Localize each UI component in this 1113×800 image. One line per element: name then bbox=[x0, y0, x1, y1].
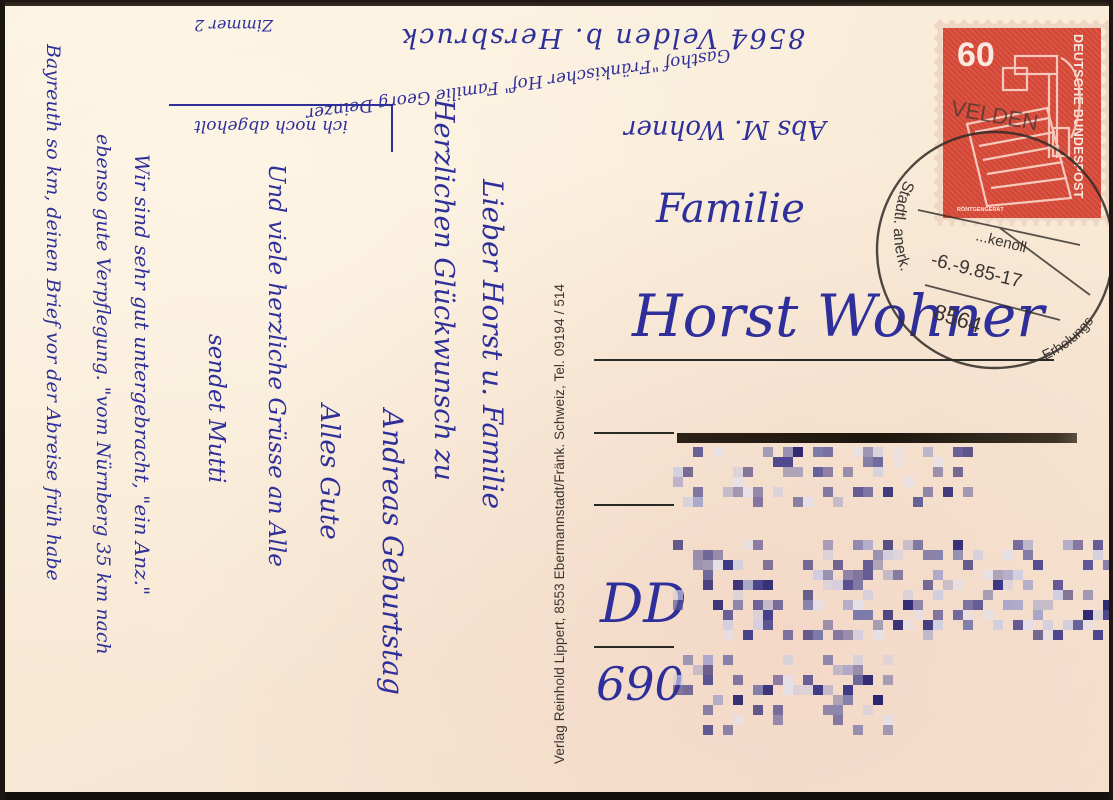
redaction-pixel bbox=[793, 467, 803, 477]
redaction-pixel bbox=[823, 655, 833, 665]
redaction-pixel bbox=[773, 457, 783, 467]
redaction-pixel bbox=[763, 560, 773, 570]
redaction-pixel bbox=[863, 675, 873, 685]
redaction-pixel bbox=[833, 695, 843, 705]
postcard-back: Verlag Reinhold Lippert, 8553 Ebermannst… bbox=[4, 4, 1110, 794]
redaction-pixel bbox=[1073, 620, 1083, 630]
redaction-pixel bbox=[703, 580, 713, 590]
redaction-pixel bbox=[853, 725, 863, 735]
redaction-pixel bbox=[733, 715, 743, 725]
redaction-pixel bbox=[803, 590, 813, 600]
message-line-4: Alles Gute bbox=[314, 404, 344, 540]
redaction-pixel bbox=[893, 570, 903, 580]
redaction-pixel bbox=[813, 685, 823, 695]
address-line-3 bbox=[594, 504, 674, 506]
redaction-pixel bbox=[803, 685, 813, 695]
redaction-pixel bbox=[873, 550, 883, 560]
redaction-pixel bbox=[723, 630, 733, 640]
redaction-pixel bbox=[963, 447, 973, 457]
redaction-pixel bbox=[703, 675, 713, 685]
redaction-pixel bbox=[923, 550, 933, 560]
redaction-pixel bbox=[763, 620, 773, 630]
redaction-pixel bbox=[743, 467, 753, 477]
redaction-pixel bbox=[913, 600, 923, 610]
redaction-bar bbox=[677, 433, 1077, 443]
redaction-pixel bbox=[713, 550, 723, 560]
redaction-pixel bbox=[873, 457, 883, 467]
redaction-pixel bbox=[863, 560, 873, 570]
redaction-pixel bbox=[933, 467, 943, 477]
redaction-pixel bbox=[823, 550, 833, 560]
redaction-pixel bbox=[923, 447, 933, 457]
redaction-pixel bbox=[993, 570, 1003, 580]
redaction-pixel bbox=[673, 467, 683, 477]
redaction-pixel bbox=[673, 675, 683, 685]
redaction-pixel bbox=[693, 447, 703, 457]
redaction-pixel bbox=[1033, 600, 1043, 610]
redaction-pixel bbox=[903, 600, 913, 610]
sender-line-3: 8564 Velden b. Hersbruck bbox=[399, 22, 805, 53]
redaction-pixel bbox=[863, 540, 873, 550]
redaction-pixel bbox=[723, 610, 733, 620]
redaction-pixel bbox=[783, 685, 793, 695]
redaction-pixel bbox=[833, 630, 843, 640]
redaction-pixel bbox=[1043, 630, 1053, 640]
redaction-pixel bbox=[953, 610, 963, 620]
scan-edge-top bbox=[0, 0, 1113, 6]
redaction-pixel bbox=[883, 550, 893, 560]
redaction-pixel bbox=[853, 630, 863, 640]
redaction-pixel bbox=[723, 655, 733, 665]
redaction-pixel bbox=[733, 487, 743, 497]
recipient-line-1: Familie bbox=[656, 186, 805, 232]
redaction-pixel bbox=[853, 580, 863, 590]
redaction-pixel bbox=[723, 620, 733, 630]
redaction-pixel bbox=[733, 695, 743, 705]
redaction-pixel bbox=[863, 705, 873, 715]
redaction-pixel bbox=[983, 610, 993, 620]
redaction-pixel bbox=[823, 580, 833, 590]
address-line-1 bbox=[594, 359, 1054, 361]
redaction-pixel bbox=[733, 560, 743, 570]
xray-machine-icon bbox=[943, 28, 1101, 218]
message-line-9: Bayreuth so km, deinen Brief vor der Abr… bbox=[42, 44, 64, 581]
redaction-pixel bbox=[893, 620, 903, 630]
redaction-pixel bbox=[783, 467, 793, 477]
redaction-pixel bbox=[673, 600, 683, 610]
redaction-pixel bbox=[793, 447, 803, 457]
redaction-pixel bbox=[763, 600, 773, 610]
boxed-note: ich noch abgeholt bbox=[194, 116, 348, 136]
redaction-pixel bbox=[823, 447, 833, 457]
redaction-pixel bbox=[883, 675, 893, 685]
redaction-pixel bbox=[833, 497, 843, 507]
redaction-pixel bbox=[853, 570, 863, 580]
redaction-pixel bbox=[973, 600, 983, 610]
redaction-pixel bbox=[743, 487, 753, 497]
redaction-pixel bbox=[1043, 600, 1053, 610]
redaction-pixel bbox=[823, 685, 833, 695]
redaction-pixel bbox=[703, 655, 713, 665]
redaction-pixel bbox=[863, 487, 873, 497]
redaction-pixel bbox=[913, 497, 923, 507]
redaction-pixel bbox=[1033, 560, 1043, 570]
redaction-pixel bbox=[1023, 550, 1033, 560]
redaction-pixel bbox=[963, 600, 973, 610]
redaction-pixel bbox=[1023, 620, 1033, 630]
redaction-pixel bbox=[923, 580, 933, 590]
redaction-pixel bbox=[1053, 630, 1063, 640]
redaction-pixel bbox=[813, 600, 823, 610]
redaction-pixel bbox=[753, 705, 763, 715]
redaction-pixel bbox=[783, 457, 793, 467]
redaction-pixel bbox=[733, 590, 743, 600]
redaction-pixel bbox=[753, 580, 763, 590]
redaction-pixel bbox=[833, 715, 843, 725]
scan-edge-right bbox=[1109, 0, 1113, 800]
redaction-pixel bbox=[853, 655, 863, 665]
redaction-pixel bbox=[1003, 600, 1013, 610]
redaction-pixel bbox=[823, 540, 833, 550]
redaction-pixel bbox=[903, 590, 913, 600]
redaction-pixel bbox=[1023, 540, 1033, 550]
redaction-pixel bbox=[693, 497, 703, 507]
redaction-pixel bbox=[943, 487, 953, 497]
redaction-pixel bbox=[913, 610, 923, 620]
redaction-pixel bbox=[683, 655, 693, 665]
redaction-pixel bbox=[783, 655, 793, 665]
redaction-pixel bbox=[833, 705, 843, 715]
redaction-pixel bbox=[883, 540, 893, 550]
redaction-pixel bbox=[683, 467, 693, 477]
redaction-pixel bbox=[873, 620, 883, 630]
redaction-pixel bbox=[693, 665, 703, 675]
address-line-4 bbox=[594, 646, 674, 648]
redaction-pixel bbox=[753, 685, 763, 695]
redaction-pixel bbox=[933, 457, 943, 467]
redaction-pixel bbox=[913, 540, 923, 550]
redaction-pixel bbox=[993, 620, 1003, 630]
redaction-pixel bbox=[753, 540, 763, 550]
redaction-pixel bbox=[873, 467, 883, 477]
redaction-pixel bbox=[1013, 540, 1023, 550]
redaction-pixel bbox=[813, 630, 823, 640]
redaction-pixel bbox=[703, 665, 713, 675]
redaction-pixel bbox=[753, 610, 763, 620]
redaction-pixel bbox=[933, 610, 943, 620]
scan-edge-left bbox=[0, 0, 5, 800]
redaction-pixel bbox=[843, 665, 853, 675]
redaction-pixel bbox=[843, 580, 853, 590]
redaction-pixel bbox=[883, 610, 893, 620]
redaction-pixel bbox=[1023, 580, 1033, 590]
redaction-pixel bbox=[893, 457, 903, 467]
redaction-pixel bbox=[863, 447, 873, 457]
redaction-pixel bbox=[733, 477, 743, 487]
redaction-pixel bbox=[943, 580, 953, 590]
redaction-pixel bbox=[933, 620, 943, 630]
redaction-pixel bbox=[773, 675, 783, 685]
redaction-pixel bbox=[723, 725, 733, 735]
redaction-pixel bbox=[923, 620, 933, 630]
redaction-pixel bbox=[703, 725, 713, 735]
redaction-pixel bbox=[1083, 590, 1093, 600]
redaction-pixel bbox=[823, 487, 833, 497]
redaction-pixel bbox=[713, 695, 723, 705]
redaction-pixel bbox=[903, 620, 913, 630]
redaction-pixel bbox=[1093, 610, 1103, 620]
redaction-pixel bbox=[693, 560, 703, 570]
redaction-pixel bbox=[673, 540, 683, 550]
redaction-pixel bbox=[763, 685, 773, 695]
redaction-pixel bbox=[723, 560, 733, 570]
redaction-pixel bbox=[853, 665, 863, 675]
redaction-pixel bbox=[863, 570, 873, 580]
message-line-2: Herzlichen Glückwunsch zu bbox=[428, 99, 459, 481]
redaction-pixel bbox=[753, 620, 763, 630]
redaction-pixel bbox=[953, 540, 963, 550]
redaction-pixel bbox=[923, 630, 933, 640]
redaction-pixel bbox=[1083, 610, 1093, 620]
redaction-pixel bbox=[763, 610, 773, 620]
redaction-pixel bbox=[933, 570, 943, 580]
address-line-2 bbox=[594, 432, 674, 434]
redaction-pixel bbox=[923, 487, 933, 497]
redaction-pixel bbox=[753, 487, 763, 497]
redaction-pixel bbox=[773, 600, 783, 610]
redaction-pixel bbox=[823, 570, 833, 580]
redaction-pixel bbox=[903, 540, 913, 550]
redaction-pixel bbox=[1093, 550, 1103, 560]
postage-stamp: 60 DEUTSCHE BUNDESPOST R bbox=[934, 20, 1110, 226]
redaction-pixel bbox=[803, 497, 813, 507]
redaction-pixel bbox=[673, 590, 683, 600]
redaction-pixel bbox=[1033, 630, 1043, 640]
redaction-pixel bbox=[853, 675, 863, 685]
redaction-pixel bbox=[1013, 600, 1023, 610]
redaction-pixel bbox=[1053, 590, 1063, 600]
redaction-pixel bbox=[1033, 610, 1043, 620]
redaction-pixel bbox=[723, 487, 733, 497]
redaction-pixel bbox=[853, 540, 863, 550]
redaction-pixel bbox=[713, 560, 723, 570]
redaction-pixel bbox=[843, 570, 853, 580]
redaction-pixel bbox=[823, 705, 833, 715]
redaction-pixel bbox=[843, 600, 853, 610]
redaction-pixel bbox=[743, 630, 753, 640]
redaction-pixel bbox=[883, 655, 893, 665]
message-line-3: Andreas Geburtstag bbox=[376, 409, 409, 695]
redaction-pixel bbox=[863, 610, 873, 620]
redaction-pixel bbox=[953, 580, 963, 590]
redaction-pixel bbox=[993, 580, 1003, 590]
redaction-pixel bbox=[803, 630, 813, 640]
redaction-pixel bbox=[753, 600, 763, 610]
message-line-1: Lieber Horst u. Familie bbox=[476, 179, 509, 509]
redaction-pixel bbox=[963, 487, 973, 497]
recipient-line-4: 690 bbox=[596, 657, 684, 711]
redaction-pixel bbox=[813, 447, 823, 457]
redaction-pixel bbox=[1063, 620, 1073, 630]
redaction-pixel bbox=[713, 600, 723, 610]
redaction-pixel bbox=[1083, 620, 1093, 630]
redaction-pixel bbox=[1093, 540, 1103, 550]
redaction-pixel bbox=[833, 580, 843, 590]
redaction-pixel bbox=[763, 580, 773, 590]
redaction-pixel bbox=[773, 715, 783, 725]
scan-edge-bottom bbox=[0, 792, 1113, 800]
redaction-pixel bbox=[1043, 620, 1053, 630]
redaction-pixel bbox=[893, 447, 903, 457]
redaction-pixel bbox=[803, 600, 813, 610]
redaction-pixel bbox=[1003, 570, 1013, 580]
redaction-pixel bbox=[893, 550, 903, 560]
redaction-pixel bbox=[733, 580, 743, 590]
redaction-pixel bbox=[1093, 630, 1103, 640]
redaction-pixel bbox=[793, 497, 803, 507]
redaction-pixel bbox=[703, 550, 713, 560]
redaction-pixel bbox=[673, 477, 683, 487]
redaction-pixel bbox=[883, 570, 893, 580]
redaction-pixel bbox=[873, 630, 883, 640]
redaction-pixel bbox=[733, 600, 743, 610]
redaction-pixel bbox=[1073, 540, 1083, 550]
redaction-pixel bbox=[1053, 580, 1063, 590]
redaction-pixel bbox=[883, 715, 893, 725]
redaction-pixel bbox=[683, 497, 693, 507]
redaction-pixel bbox=[983, 570, 993, 580]
redaction-pixel bbox=[843, 695, 853, 705]
redaction-pixel bbox=[703, 705, 713, 715]
redaction-pixel bbox=[883, 487, 893, 497]
stamp-caption: RÖNTGENGERÄT bbox=[957, 207, 1004, 213]
sender-line-4: Zimmer 2 bbox=[194, 16, 273, 35]
redaction-pixel bbox=[693, 550, 703, 560]
redaction-pixel bbox=[783, 675, 793, 685]
redaction-pixel bbox=[1063, 540, 1073, 550]
redaction-pixel bbox=[823, 467, 833, 477]
redaction-pixel bbox=[733, 467, 743, 477]
redaction-pixel bbox=[963, 560, 973, 570]
redaction-pixel bbox=[953, 467, 963, 477]
redaction-pixel bbox=[743, 580, 753, 590]
redaction-pixel bbox=[863, 457, 873, 467]
redaction-pixel bbox=[713, 447, 723, 457]
redaction-pixel bbox=[953, 447, 963, 457]
redaction-pixel bbox=[793, 685, 803, 695]
publisher-imprint: Verlag Reinhold Lippert, 8553 Ebermannst… bbox=[552, 284, 567, 764]
redaction-pixel bbox=[1003, 580, 1013, 590]
redaction-pixel bbox=[833, 560, 843, 570]
redaction-pixel bbox=[783, 630, 793, 640]
redaction-pixel bbox=[853, 487, 863, 497]
redaction-pixel bbox=[813, 570, 823, 580]
redaction-pixel bbox=[983, 590, 993, 600]
redaction-pixel bbox=[853, 600, 863, 610]
redaction-pixel bbox=[973, 550, 983, 560]
redaction-pixel bbox=[963, 620, 973, 630]
redaction-pixel bbox=[1063, 590, 1073, 600]
recipient-line-2: Horst Wohner bbox=[632, 282, 1044, 350]
redaction-pixel bbox=[1013, 570, 1023, 580]
redaction-pixel bbox=[753, 497, 763, 507]
redaction-pixel bbox=[883, 725, 893, 735]
redaction-pixel bbox=[693, 487, 703, 497]
redaction-pixel bbox=[673, 685, 683, 695]
redaction-pixel bbox=[763, 447, 773, 457]
redaction-pixel bbox=[933, 550, 943, 560]
redaction-pixel bbox=[843, 467, 853, 477]
sender-line-1: Abs M. Wohner bbox=[624, 114, 826, 144]
redaction-pixel bbox=[853, 447, 863, 457]
message-line-8: ebenso gute Verpflegung. "vom Nürnberg 3… bbox=[92, 134, 114, 655]
redaction-pixel bbox=[1013, 620, 1023, 630]
redaction-pixel bbox=[873, 695, 883, 705]
message-line-5: Und viele herzliche Grüsse an Alle bbox=[263, 164, 289, 567]
redaction-pixel bbox=[833, 665, 843, 675]
redaction-pixel bbox=[853, 610, 863, 620]
redaction-pixel bbox=[813, 467, 823, 477]
redaction-pixel bbox=[803, 675, 813, 685]
redaction-pixel bbox=[773, 705, 783, 715]
message-line-7: Wir sind sehr gut untergebracht, "ein An… bbox=[130, 154, 154, 595]
redaction-pixel bbox=[953, 550, 963, 560]
redaction-pixel bbox=[803, 560, 813, 570]
redaction-pixel bbox=[843, 630, 853, 640]
redaction-pixel bbox=[903, 477, 913, 487]
redaction-pixel bbox=[683, 685, 693, 695]
redaction-pixel bbox=[1083, 560, 1093, 570]
redaction-pixel bbox=[703, 560, 713, 570]
redaction-pixel bbox=[783, 447, 793, 457]
redaction-pixel bbox=[843, 685, 853, 695]
redaction-pixel bbox=[1003, 550, 1013, 560]
redaction-pixel bbox=[773, 487, 783, 497]
redaction-pixel bbox=[873, 560, 883, 570]
redaction-pixel bbox=[933, 590, 943, 600]
redaction-pixel bbox=[743, 540, 753, 550]
redaction-pixel bbox=[963, 610, 973, 620]
message-line-6: sendet Mutti bbox=[203, 334, 229, 483]
redaction-pixel bbox=[873, 447, 883, 457]
redaction-pixel bbox=[703, 570, 713, 580]
redaction-pixel bbox=[823, 620, 833, 630]
redaction-pixel bbox=[863, 590, 873, 600]
redaction-pixel bbox=[733, 675, 743, 685]
